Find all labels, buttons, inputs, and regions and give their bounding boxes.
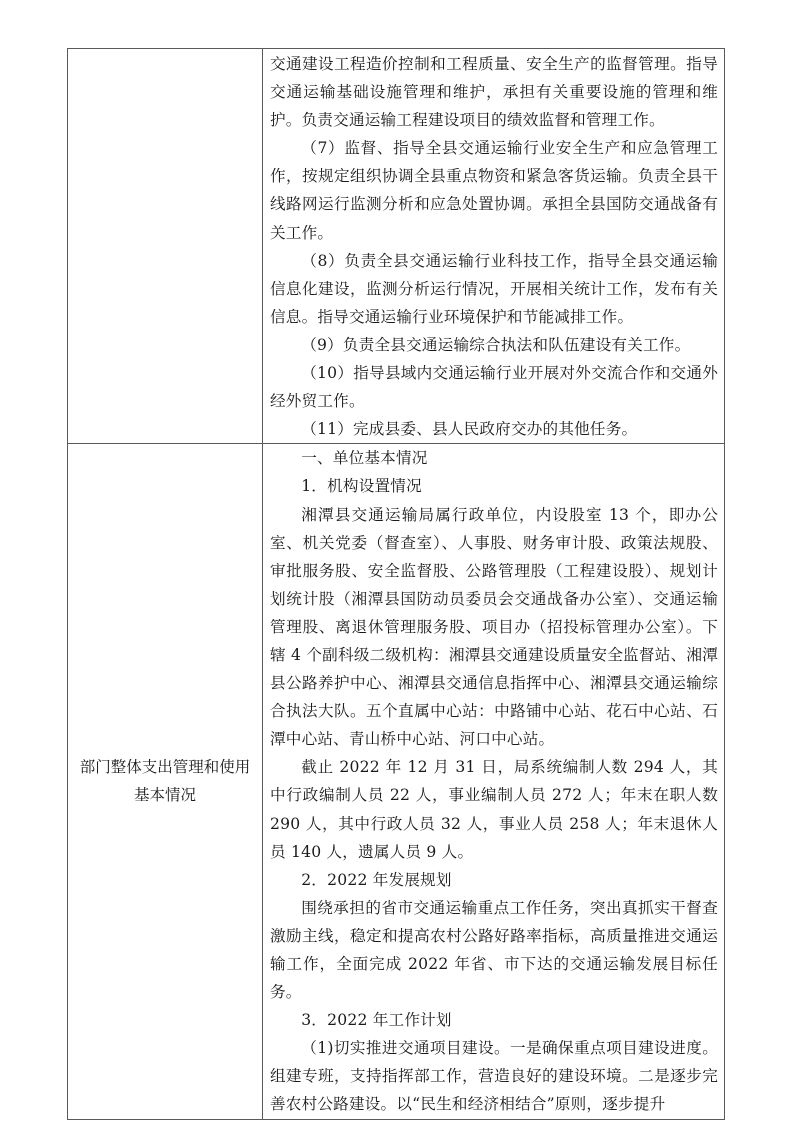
paragraph: （10）指导县域内交通运输行业开展对外交流合作和交通外经外贸工作。: [270, 359, 718, 415]
paragraph: （11）完成县委、县人民政府交办的其他任务。: [270, 415, 718, 443]
subsection-heading: 3．2022 年工作计划: [270, 1006, 718, 1034]
row-label-line-1: 部门整体支出管理和使用: [68, 753, 262, 781]
document-page: 交通建设工程造价控制和工程质量、安全生产的监督管理。指导交通运输基础设施管理和维…: [0, 0, 793, 1122]
paragraph: 交通建设工程造价控制和工程质量、安全生产的监督管理。指导交通运输基础设施管理和维…: [270, 50, 718, 134]
table-row-duties: 交通建设工程造价控制和工程质量、安全生产的监督管理。指导交通运输基础设施管理和维…: [68, 49, 725, 444]
paragraph: （8）负责全县交通运输行业科技工作，指导全县交通运输信息化建设，监测分析运行情况…: [270, 247, 718, 331]
table-row-expenditure: 部门整体支出管理和使用 基本情况 一、单位基本情况 1．机构设置情况 湘潭县交通…: [68, 444, 725, 1119]
subsection-heading: 1．机构设置情况: [270, 472, 718, 500]
paragraph: （1)切实推进交通项目建设。一是确保重点项目建设进度。组建专班，支持指挥部工作，…: [270, 1034, 718, 1118]
info-table: 交通建设工程造价控制和工程质量、安全生产的监督管理。指导交通运输基础设施管理和维…: [67, 48, 725, 1120]
section-heading: 一、单位基本情况: [270, 444, 718, 472]
row-content-cell: 一、单位基本情况 1．机构设置情况 湘潭县交通运输局属行政单位，内设股室 13 …: [263, 444, 725, 1119]
paragraph: 湘潭县交通运输局属行政单位，内设股室 13 个，即办公室、机关党委（督查室）、人…: [270, 501, 718, 754]
row-label-line-2: 基本情况: [68, 781, 262, 809]
row-label-cell: 部门整体支出管理和使用 基本情况: [68, 444, 263, 1119]
paragraph: （7）监督、指导全县交通运输行业安全生产和应急管理工作，按规定组织协调全县重点物…: [270, 134, 718, 246]
paragraph: （9）负责全县交通运输综合执法和队伍建设有关工作。: [270, 331, 718, 359]
paragraph: 围绕承担的省市交通运输重点工作任务，突出真抓实干督查激励主线，稳定和提高农村公路…: [270, 894, 718, 1006]
subsection-heading: 2．2022 年发展规划: [270, 866, 718, 894]
row-content-cell: 交通建设工程造价控制和工程质量、安全生产的监督管理。指导交通运输基础设施管理和维…: [263, 49, 725, 444]
paragraph: 截止 2022 年 12 月 31 日，局系统编制人数 294 人，其中行政编制…: [270, 753, 718, 865]
row-label-cell: [68, 49, 263, 444]
